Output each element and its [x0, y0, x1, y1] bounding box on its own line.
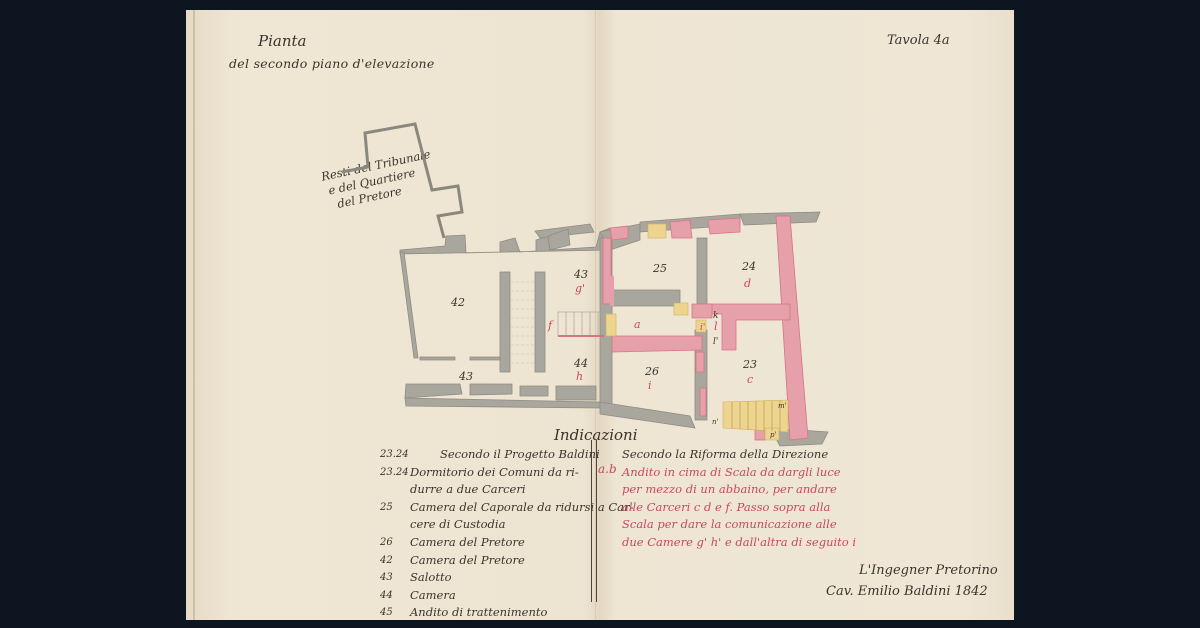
legend-text: Camera del Caporale da ridursi a Car- [410, 499, 633, 517]
legend-num: 44 [380, 587, 410, 605]
landing-stair [558, 312, 604, 336]
svg-text:i': i' [700, 323, 705, 333]
room-44-label: 44 [573, 357, 588, 370]
legend-num [380, 481, 410, 499]
room-42-label: 42 [450, 296, 465, 309]
svg-text:l': l' [713, 337, 718, 347]
legend-right-line: alle Carceri c d e f. Passo sopra alla [622, 499, 856, 517]
svg-text:f: f [547, 319, 554, 332]
room-25-label: 25 [652, 262, 667, 275]
legend-num: 25 [380, 499, 410, 517]
legend-text: Camera del Pretore [410, 552, 525, 570]
signature-line-1: L'Ingegner Pretorino [836, 560, 998, 581]
svg-text:a: a [634, 318, 641, 331]
legend-text: Camera del Pretore [410, 534, 525, 552]
legend-num: 23.24 [380, 446, 410, 464]
legend-item: 23.24Dormitorio dei Comuni da ri- [380, 464, 633, 482]
legend-item: 26Camera del Pretore [380, 534, 633, 552]
legend-right-line: per mezzo di un abbaino, per andare [622, 481, 856, 499]
legend-num: 23.24 [380, 464, 410, 482]
legend-ref-ab: a.b [598, 462, 617, 476]
room-26-label: 26 [644, 365, 659, 378]
legend-text: cere di Custodia [410, 516, 505, 534]
room-23-label: 23 [742, 358, 757, 371]
svg-text:k: k [713, 311, 718, 321]
legend-item: 45Andito di trattenimento [380, 604, 633, 622]
central-stair-treads [511, 282, 534, 363]
legend-right-column: Secondo la Riforma della Direzione Andit… [622, 446, 856, 552]
svg-text:n': n' [712, 418, 719, 426]
signature-block: L'Ingegner Pretorino Cav. Emilio Baldini… [836, 560, 998, 602]
legend-right-line: Andito in cima di Scala da dargli luce [622, 464, 856, 482]
svg-text:d: d [744, 277, 751, 290]
legend-right-header: Secondo la Riforma della Direzione [622, 446, 856, 464]
annex-outline [342, 124, 462, 238]
legend-text: Secondo il Progetto Baldini [410, 446, 600, 464]
legend-text: Dormitorio dei Comuni da ri- [410, 464, 579, 482]
svg-text:i: i [648, 379, 652, 392]
svg-text:m': m' [778, 402, 787, 410]
signature-line-2: Cav. Emilio Baldini 1842 [826, 581, 988, 602]
legend-item: 25Camera del Caporale da ridursi a Car- [380, 499, 633, 517]
room-24-label: 24 [741, 260, 756, 273]
legend-text: Salotto [410, 569, 452, 587]
legend-item: cere di Custodia [380, 516, 633, 534]
svg-text:l: l [714, 320, 718, 333]
legend-right-line: due Camere g' h' e dall'altra di seguito… [622, 534, 856, 552]
legend-item: 44Camera [380, 587, 633, 605]
svg-text:c: c [747, 373, 753, 386]
legend-left-column: 23.24Secondo il Progetto Baldini 23.24Do… [380, 446, 633, 622]
legend-num: 26 [380, 534, 410, 552]
legend-text: durre a due Carceri [410, 481, 526, 499]
legend-num [380, 516, 410, 534]
svg-text:h: h [576, 370, 583, 383]
legend-num: 45 [380, 604, 410, 622]
legend-num: 43 [380, 569, 410, 587]
legend-item: durre a due Carceri [380, 481, 633, 499]
legend-text: Andito di trattenimento [410, 604, 547, 622]
svg-text:g': g' [575, 282, 585, 295]
legend-num: 42 [380, 552, 410, 570]
legend-item: 43Salotto [380, 569, 633, 587]
legend-item: 42Camera del Pretore [380, 552, 633, 570]
legend-right-line: Scala per dare la comunicazione alle [622, 516, 856, 534]
room-43g-label: 43 [573, 268, 588, 281]
room-43-label: 43 [458, 370, 473, 383]
legend-text: Camera [410, 587, 456, 605]
svg-text:p': p' [770, 431, 776, 439]
legend-left-header: 23.24Secondo il Progetto Baldini [380, 446, 633, 464]
